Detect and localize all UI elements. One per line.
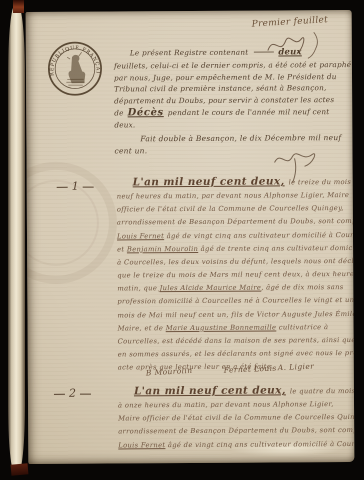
marker-dash <box>83 186 94 187</box>
deceased-name: Jules Alcide Maurice Maire <box>160 284 262 293</box>
witness-signature: B Mourolin <box>146 366 193 378</box>
entry-opening: L'an mil neuf cent deux, <box>134 384 286 397</box>
cert-line: deux. <box>114 118 354 131</box>
witness-name: Benjamin Mourolin <box>127 245 198 253</box>
entry-line: en sommes assurés, et les déclarants ont… <box>118 347 355 362</box>
cert-line-deces: deDécèspendant le cours de l'année mil n… <box>114 106 354 119</box>
entry-line: arrondissement de Besançon Département d… <box>118 424 354 439</box>
entry-line: Maire, et de Marie Augustine Bonnemaille… <box>118 321 355 336</box>
entry-line: arrondissement de Besançon Département d… <box>117 215 355 230</box>
entry-line-text: âgé de trente cinq ans cultivateur domic… <box>198 244 354 253</box>
entry-number-marker: 1 <box>57 182 94 192</box>
marker-dash <box>54 393 65 394</box>
entry-line: L'an mil neuf cent deux,le quatre du moi… <box>118 384 354 400</box>
entry-line-text: le treize du mois de Mars à <box>289 178 355 187</box>
mayor-signature: A. Ligier <box>278 362 315 372</box>
entry-number: 2 <box>69 389 76 399</box>
entry-line-text: le quatre du mois d'Avril <box>290 387 355 396</box>
entry-line-text: , âgé de dix mois sans <box>261 283 343 292</box>
marker-dash <box>57 186 68 187</box>
ink-dash <box>253 51 273 52</box>
entry-line-text: âgé de vingt cinq ans cultivateur domici… <box>165 439 354 448</box>
cert-line-text: Le présent Registre contenant <box>130 48 249 58</box>
entry-number-marker: 2 <box>54 389 91 399</box>
book-cover-bottom <box>11 463 29 475</box>
entry-line: mois de Mai mil neuf cent un, fils de Vi… <box>117 308 354 323</box>
premier-feuillet-annotation: Premier feuillet <box>251 15 328 29</box>
entry-line: Louis Fernet âgé de vingt cinq ans culti… <box>117 229 354 244</box>
book-cover-top <box>13 0 24 13</box>
entry-line-text: et <box>117 245 127 253</box>
entry-line: profession domicilié à Courcelles né à C… <box>117 294 354 309</box>
closing-line: Fait double à Besançon, le dix Décembre … <box>114 132 354 145</box>
marker-dash <box>80 393 91 394</box>
cert-line-text: de <box>114 108 123 117</box>
seated-marianne-figure <box>66 52 85 85</box>
deces-keyword: Décès <box>128 107 164 118</box>
death-act-entry-2: L'an mil neuf cent deux,le quatre du moi… <box>118 384 354 452</box>
entry-number: 1 <box>72 182 79 192</box>
entry-line: Louis Fernet âgé de vingt cinq ans culti… <box>118 438 354 453</box>
scanned-register-page: RÉPUBLIQUE FRANÇAISE Premier feuillet Le… <box>0 0 364 480</box>
witness-name: Louis Fernet <box>117 232 164 240</box>
entry-line-text: âgé de vingt cinq ans cultivateur domici… <box>164 230 354 239</box>
mother-name: Marie Augustine Bonnemaille <box>166 323 277 332</box>
entry-line-text: matin, que <box>117 284 159 292</box>
republique-francaise-seal-icon: RÉPUBLIQUE FRANÇAISE <box>46 40 104 98</box>
entry-line: L'an mil neuf cent deux,le treize du moi… <box>117 175 355 191</box>
entry-opening: L'an mil neuf cent deux, <box>133 175 285 188</box>
book-fore-edge <box>8 5 25 474</box>
certification-paragraph: Le présent Registre contenantdeux feuill… <box>114 46 355 131</box>
cert-line-text: pendant le cours de l'année mil neuf cen… <box>168 107 330 117</box>
entry-line: et Benjamin Mourolin âgé de trente cinq … <box>117 242 354 257</box>
entry-line-text: cultivatrice à <box>276 323 328 331</box>
death-act-entry-1: L'an mil neuf cent deux,le treize du moi… <box>117 175 355 375</box>
witness-name: Louis Fernet <box>118 441 165 449</box>
inserted-word: deux <box>278 47 301 57</box>
cert-line: feuillets, celui-ci et le dernier compri… <box>114 59 354 72</box>
entry-line-text: Maire, et de <box>118 324 166 332</box>
register-paper-page: RÉPUBLIQUE FRANÇAISE Premier feuillet Le… <box>26 10 355 464</box>
